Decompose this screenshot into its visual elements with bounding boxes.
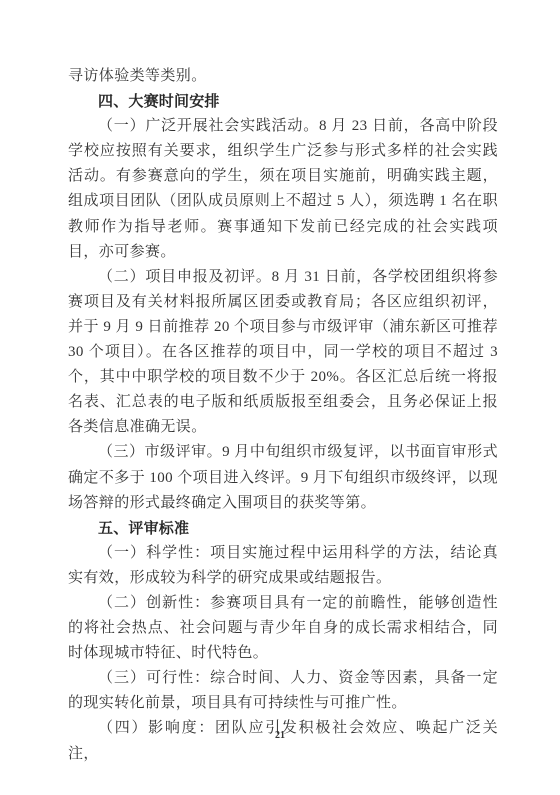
paragraph: （二）创新性：参赛项目具有一定的前瞻性，能够创造性的将社会热点、社会问题与青少年… (68, 591, 498, 666)
paragraph: （二）项目申报及初评。8 月 31 日前，各学校团组织将参赛项目及有关材料报所属… (68, 265, 498, 441)
page-number: 21 (0, 730, 560, 741)
paragraph: （一）科学性：项目实施过程中运用科学的方法，结论真实有效，形成较为科学的研究成果… (68, 541, 498, 591)
section-heading-5: 五、评审标准 (68, 516, 498, 541)
paragraph: （三）市级评审。9 月中旬组织市级复评，以书面盲审形式确定不多于 100 个项目… (68, 440, 498, 515)
paragraph: （三）可行性：综合时间、人力、资金等因素，具备一定的现实转化前景，项目具有可持续… (68, 666, 498, 716)
document-content: 寻访体验类等类别。 四、大赛时间安排 （一）广泛开展社会实践活动。8 月 23 … (68, 64, 498, 767)
paragraph-continuation: 寻访体验类等类别。 (68, 64, 498, 89)
section-heading-4: 四、大赛时间安排 (68, 89, 498, 114)
paragraph: （一）广泛开展社会实践活动。8 月 23 日前，各高中阶段学校应按照有关要求，组… (68, 114, 498, 265)
paragraph: （四）影响度：团队应引发积极社会效应、唤起广泛关注， (68, 716, 498, 766)
document-page: 寻访体验类等类别。 四、大赛时间安排 （一）广泛开展社会实践活动。8 月 23 … (0, 0, 560, 795)
